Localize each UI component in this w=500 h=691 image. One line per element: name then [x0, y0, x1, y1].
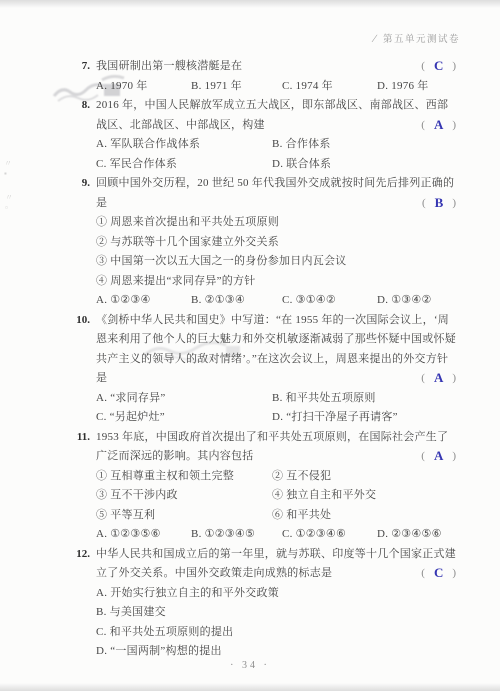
question-stem-line: 我国研制出第一艘核潜艇是在 (C) — [96, 57, 456, 77]
statement-6: ⑥ 和平共处 — [272, 506, 456, 526]
option-c: C. 军民合作体系 — [96, 155, 272, 175]
option-d: D. 1976 年 — [377, 77, 456, 97]
option-c: C. 和平共处五项原则的提出 — [96, 623, 456, 643]
statement-5: ⑤ 平等互利 — [96, 506, 272, 526]
options-grid: A. “求同存异” B. 和平共处五项原则 C. “另起炉灶” D. “打扫干净… — [96, 389, 456, 428]
scan-edge-top — [0, 0, 500, 8]
question-number: 9. — [64, 174, 90, 194]
answer-letter: A — [434, 446, 443, 466]
option-a: A. ①②③⑤⑥ — [96, 525, 191, 545]
option-c: C. ③①④② — [282, 291, 377, 311]
question-number: 10. — [64, 311, 90, 331]
answer-box: (C) — [421, 562, 456, 584]
option-a: A. 军队联合作战体系 — [96, 135, 272, 155]
print-artifact: 〃▪ — [4, 158, 12, 178]
question-stem: 我国研制出第一艘核潜艇是在 — [96, 60, 242, 72]
question-7: 7. 我国研制出第一艘核潜艇是在 (C) A. 1970 年 B. 1971 年… — [64, 57, 456, 96]
statement-3: ③ 互不干涉内政 — [96, 486, 272, 506]
option-d: D. 联合体系 — [272, 155, 456, 175]
header-slash-icon: ∕ — [374, 33, 377, 45]
answer-box: (A) — [421, 445, 456, 467]
answer-open-paren: ( — [421, 119, 425, 131]
options-row: A. 1970 年 B. 1971 年 C. 1974 年 D. 1976 年 — [96, 77, 456, 97]
option-b: B. 合作体系 — [272, 135, 456, 155]
question-12: 12. 中华人民共和国成立后的第一年里，就与苏联、印度等十几个国家正式建立了外交… — [64, 545, 456, 662]
answer-close-paren: ) — [452, 450, 456, 462]
question-stem: 2016 年，中国人民解放军成立五大战区，即东部战区、南部战区、西部战区、北部战… — [96, 99, 448, 131]
options-row: A. ①②③④ B. ②①③④ C. ③①④② D. ①③④② — [96, 291, 456, 311]
option-b: B. ①②③④⑤ — [191, 525, 282, 545]
option-b: B. ②①③④ — [191, 291, 282, 311]
answer-box: (A) — [421, 114, 456, 136]
statement-2: ② 与苏联等十几个国家建立外交关系 — [96, 233, 456, 253]
test-paper-page: ∕第五单元测试卷 〃▪ 〃▫ 7. 我国研制出第一艘核潜艇是在 (C) — [0, 0, 500, 691]
answer-open-paren: ( — [422, 197, 426, 209]
statement-1: ① 周恩来首次提出和平共处五项原则 — [96, 213, 456, 233]
question-stem: 回顾中国外交历程，20 世纪 50 年代我国外交成就按时间先后排列正确的是 — [96, 177, 454, 209]
question-10: 10. 《剑桥中华人民共和国史》中写道：“在 1955 年的一次国际会议上，‘周… — [64, 311, 456, 428]
option-d: D. ②③④⑤⑥ — [377, 525, 456, 545]
question-stem: 中华人民共和国成立后的第一年里，就与苏联、印度等十几个国家正式建立了外交关系。中… — [96, 548, 456, 580]
option-c: C. 1974 年 — [282, 77, 377, 97]
answer-open-paren: ( — [421, 372, 425, 384]
statement-list: ① 周恩来首次提出和平共处五项原则 ② 与苏联等十几个国家建立外交关系 ③ 中国… — [96, 213, 456, 291]
questions-list: 7. 我国研制出第一艘核潜艇是在 (C) A. 1970 年 B. 1971 年… — [64, 57, 456, 662]
option-b: B. 1971 年 — [191, 77, 282, 97]
statement-2: ② 互不侵犯 — [272, 467, 456, 487]
option-d: D. ①③④② — [377, 291, 456, 311]
answer-open-paren: ( — [421, 60, 425, 72]
options-grid: A. 军队联合作战体系 B. 合作体系 C. 军民合作体系 D. 联合体系 — [96, 135, 456, 174]
question-stem-line: 回顾中国外交历程，20 世纪 50 年代我国外交成就按时间先后排列正确的是 (B… — [96, 174, 456, 213]
option-d: D. “一国两制”构想的提出 — [96, 642, 456, 662]
statement-4: ④ 周恩来提出“求同存异”的方针 — [96, 272, 456, 292]
answer-letter: C — [434, 563, 443, 583]
option-b: B. 和平共处五项原则 — [272, 389, 456, 409]
page-header: ∕第五单元测试卷 — [374, 31, 460, 45]
page-number: · 34 · — [0, 660, 500, 671]
option-d: D. “打扫干净屋子再请客” — [272, 408, 456, 428]
options-stack: A. 开始实行独立自主的和平外交政策 B. 与美国建交 C. 和平共处五项原则的… — [96, 584, 456, 662]
answer-letter: A — [434, 368, 443, 388]
print-artifact: 〃▫ — [5, 192, 13, 212]
question-stem: 1953 年底，中国政府首次提出了和平共处五项原则，在国际社会产生了广泛而深远的… — [96, 431, 448, 463]
answer-box: (B) — [422, 192, 456, 214]
answer-close-paren: ) — [452, 567, 456, 579]
scan-edge-bottom — [0, 683, 500, 691]
option-c: C. ①②③④⑥ — [282, 525, 377, 545]
option-a: A. 1970 年 — [96, 77, 191, 97]
answer-close-paren: ) — [452, 119, 456, 131]
question-stem-line: 《剑桥中华人民共和国史》中写道：“在 1955 年的一次国际会议上，‘周恩来利用… — [96, 311, 456, 389]
statement-3: ③ 中国第一次以五大国之一的身份参加日内瓦会议 — [96, 252, 456, 272]
statement-4: ④ 独立自主和平外交 — [272, 486, 456, 506]
question-stem-line: 1953 年底，中国政府首次提出了和平共处五项原则，在国际社会产生了广泛而深远的… — [96, 428, 456, 467]
statement-grid: ① 互相尊重主权和领土完整 ② 互不侵犯 ③ 互不干涉内政 ④ 独立自主和平外交… — [96, 467, 456, 526]
statement-1: ① 互相尊重主权和领土完整 — [96, 467, 272, 487]
question-stem: 《剑桥中华人民共和国史》中写道：“在 1955 年的一次国际会议上，‘周恩来利用… — [96, 314, 456, 385]
question-9: 9. 回顾中国外交历程，20 世纪 50 年代我国外交成就按时间先后排列正确的是… — [64, 174, 456, 311]
answer-open-paren: ( — [421, 567, 425, 579]
answer-close-paren: ) — [452, 60, 456, 72]
question-stem-line: 中华人民共和国成立后的第一年里，就与苏联、印度等十几个国家正式建立了外交关系。中… — [96, 545, 456, 584]
question-number: 12. — [64, 545, 90, 565]
answer-close-paren: ) — [452, 372, 456, 384]
answer-letter: A — [434, 115, 443, 135]
answer-letter: B — [435, 193, 444, 213]
question-8: 8. 2016 年，中国人民解放军成立五大战区，即东部战区、南部战区、西部战区、… — [64, 96, 456, 174]
option-a: A. ①②③④ — [96, 291, 191, 311]
option-b: B. 与美国建交 — [96, 603, 456, 623]
question-stem-line: 2016 年，中国人民解放军成立五大战区，即东部战区、南部战区、西部战区、北部战… — [96, 96, 456, 135]
option-a: A. “求同存异” — [96, 389, 272, 409]
question-11: 11. 1953 年底，中国政府首次提出了和平共处五项原则，在国际社会产生了广泛… — [64, 428, 456, 545]
answer-close-paren: ) — [452, 197, 456, 209]
answer-box: (A) — [421, 367, 456, 389]
answer-box: (C) — [421, 55, 456, 77]
question-number: 11. — [64, 428, 90, 448]
options-row: A. ①②③⑤⑥ B. ①②③④⑤ C. ①②③④⑥ D. ②③④⑤⑥ — [96, 525, 456, 545]
answer-open-paren: ( — [421, 450, 425, 462]
option-a: A. 开始实行独立自主的和平外交政策 — [96, 584, 456, 604]
header-title: 第五单元测试卷 — [383, 35, 460, 45]
question-number: 8. — [64, 96, 90, 116]
question-number: 7. — [64, 57, 90, 77]
option-c: C. “另起炉灶” — [96, 408, 272, 428]
answer-letter: C — [434, 56, 443, 76]
